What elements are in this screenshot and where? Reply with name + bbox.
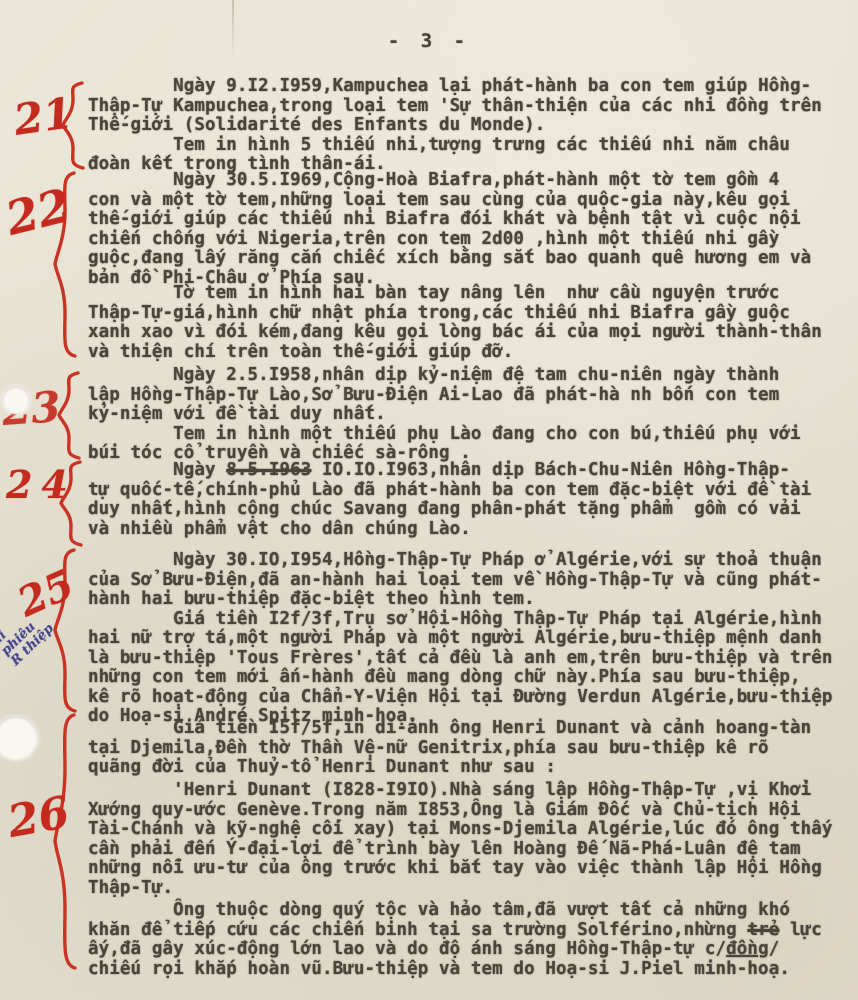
paragraph-24-text: Ngày xyxy=(88,460,226,480)
underlined-correction: đồng xyxy=(726,939,769,959)
page-number: - 3 - xyxy=(0,30,858,52)
paragraph-26b: 'Henri Dunant (I828-I9IO).Nhà sáng lập H… xyxy=(88,781,850,898)
paragraph-26c-text: Ông thuộc dòng quý tộc và hảo tâm,đã vượ… xyxy=(88,900,790,940)
struck-out-date: 8.5.I963 xyxy=(226,460,311,480)
struck-out-word: trẻ xyxy=(747,920,779,940)
margin-brace-26 xyxy=(52,712,78,970)
margin-number-26: 26 xyxy=(4,787,73,848)
margin-number-21: 21 xyxy=(11,88,76,145)
margin-number-24: 24 xyxy=(6,462,77,507)
paragraph-22b: Tờ tem in hình hai bàn tay nâng lên như … xyxy=(88,284,850,362)
paragraph-22a: Ngày 30.5.I969,Cộng-Hoà Biafra,phát-hành… xyxy=(88,171,850,288)
hole-punch xyxy=(0,716,38,760)
paragraph-24: Ngày 8.5.I963 IO.IO.I963,nhân dịp Bách-C… xyxy=(88,461,850,539)
paragraph-23: Ngày 2.5.I958,nhân dịp kỷ-niệm đệ tam ch… xyxy=(88,366,850,464)
paragraph-26a: Giá tiền I5f/5f,in di-ảnh ông Henri Duna… xyxy=(88,719,850,778)
hole-punch xyxy=(2,386,30,414)
paragraph-26c: Ông thuộc dòng quý tộc và hảo tâm,đã vượ… xyxy=(88,901,850,979)
scanned-document-page: - 3 - Ngày 9.I2.I959,Kampuchea lại phát-… xyxy=(0,0,858,1000)
paragraph-25: Ngày 30.IO,I954,Hồng-Thập-Tự Pháp ở Algé… xyxy=(88,551,850,727)
paragraph-21: Ngày 9.I2.I959,Kampuchea lại phát-hành b… xyxy=(88,77,850,175)
